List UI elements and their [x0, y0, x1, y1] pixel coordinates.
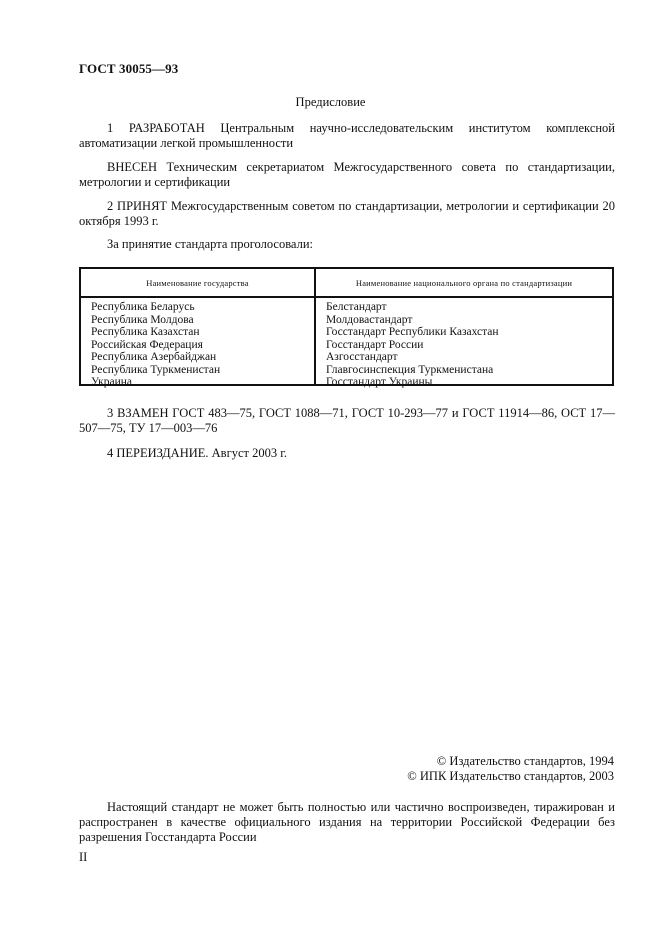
paragraph-replaces: 3 ВЗАМЕН ГОСТ 483—75, ГОСТ 1088—71, ГОСТ… — [79, 406, 615, 436]
paragraph-introduced-by: ВНЕСЕН Техническим секретариатом Межгосу… — [79, 160, 615, 190]
page-number: II — [79, 850, 87, 865]
reproduction-notice: Настоящий стандарт не может быть полност… — [79, 800, 615, 845]
table-cell-state: Украина — [91, 376, 311, 389]
table-cell-state: Российская Федерация — [91, 339, 311, 352]
paragraph-developed-by: 1 РАЗРАБОТАН Центральным научно-исследов… — [79, 121, 615, 151]
voting-table: Наименование государства Наименование на… — [79, 267, 614, 386]
table-cell-standards-body: Госстандарт Республики Казахстан — [326, 326, 606, 339]
table-cell-state: Республика Беларусь — [91, 301, 311, 314]
table-cell-standards-body: Госстандарт Украины — [326, 376, 606, 389]
copyright-block: © Издательство стандартов, 1994 © ИПК Из… — [407, 754, 614, 784]
paragraph-adopted-by: 2 ПРИНЯТ Межгосударственным советом по с… — [79, 199, 615, 229]
table-cell-standards-body: Белстандарт — [326, 301, 606, 314]
table-cell-standards-body: Главгосинспекция Туркменистана — [326, 364, 606, 377]
table-cell-standards-body: Госстандарт России — [326, 339, 606, 352]
table-cell-standards-body: Молдовастандарт — [326, 314, 606, 327]
table-header-standards-body: Наименование национального органа по ста… — [316, 269, 612, 296]
table-cell-standards-body: Азгосстандарт — [326, 351, 606, 364]
table-column-states: Республика Беларусь Республика Молдова Р… — [91, 301, 311, 389]
copyright-line: © ИПК Издательство стандартов, 2003 — [407, 769, 614, 784]
paragraph-voted-intro: За принятие стандарта проголосовали: — [79, 237, 615, 252]
copyright-line: © Издательство стандартов, 1994 — [407, 754, 614, 769]
paragraph-reissue: 4 ПЕРЕИЗДАНИЕ. Август 2003 г. — [79, 446, 615, 461]
table-cell-state: Республика Туркменистан — [91, 364, 311, 377]
table-cell-state: Республика Азербайджан — [91, 351, 311, 364]
preface-title: Предисловие — [0, 95, 661, 110]
table-cell-state: Республика Казахстан — [91, 326, 311, 339]
document-code: ГОСТ 30055—93 — [79, 61, 178, 77]
table-column-standards-bodies: Белстандарт Молдовастандарт Госстандарт … — [326, 301, 606, 389]
table-header-state: Наименование государства — [81, 269, 314, 296]
table-cell-state: Республика Молдова — [91, 314, 311, 327]
